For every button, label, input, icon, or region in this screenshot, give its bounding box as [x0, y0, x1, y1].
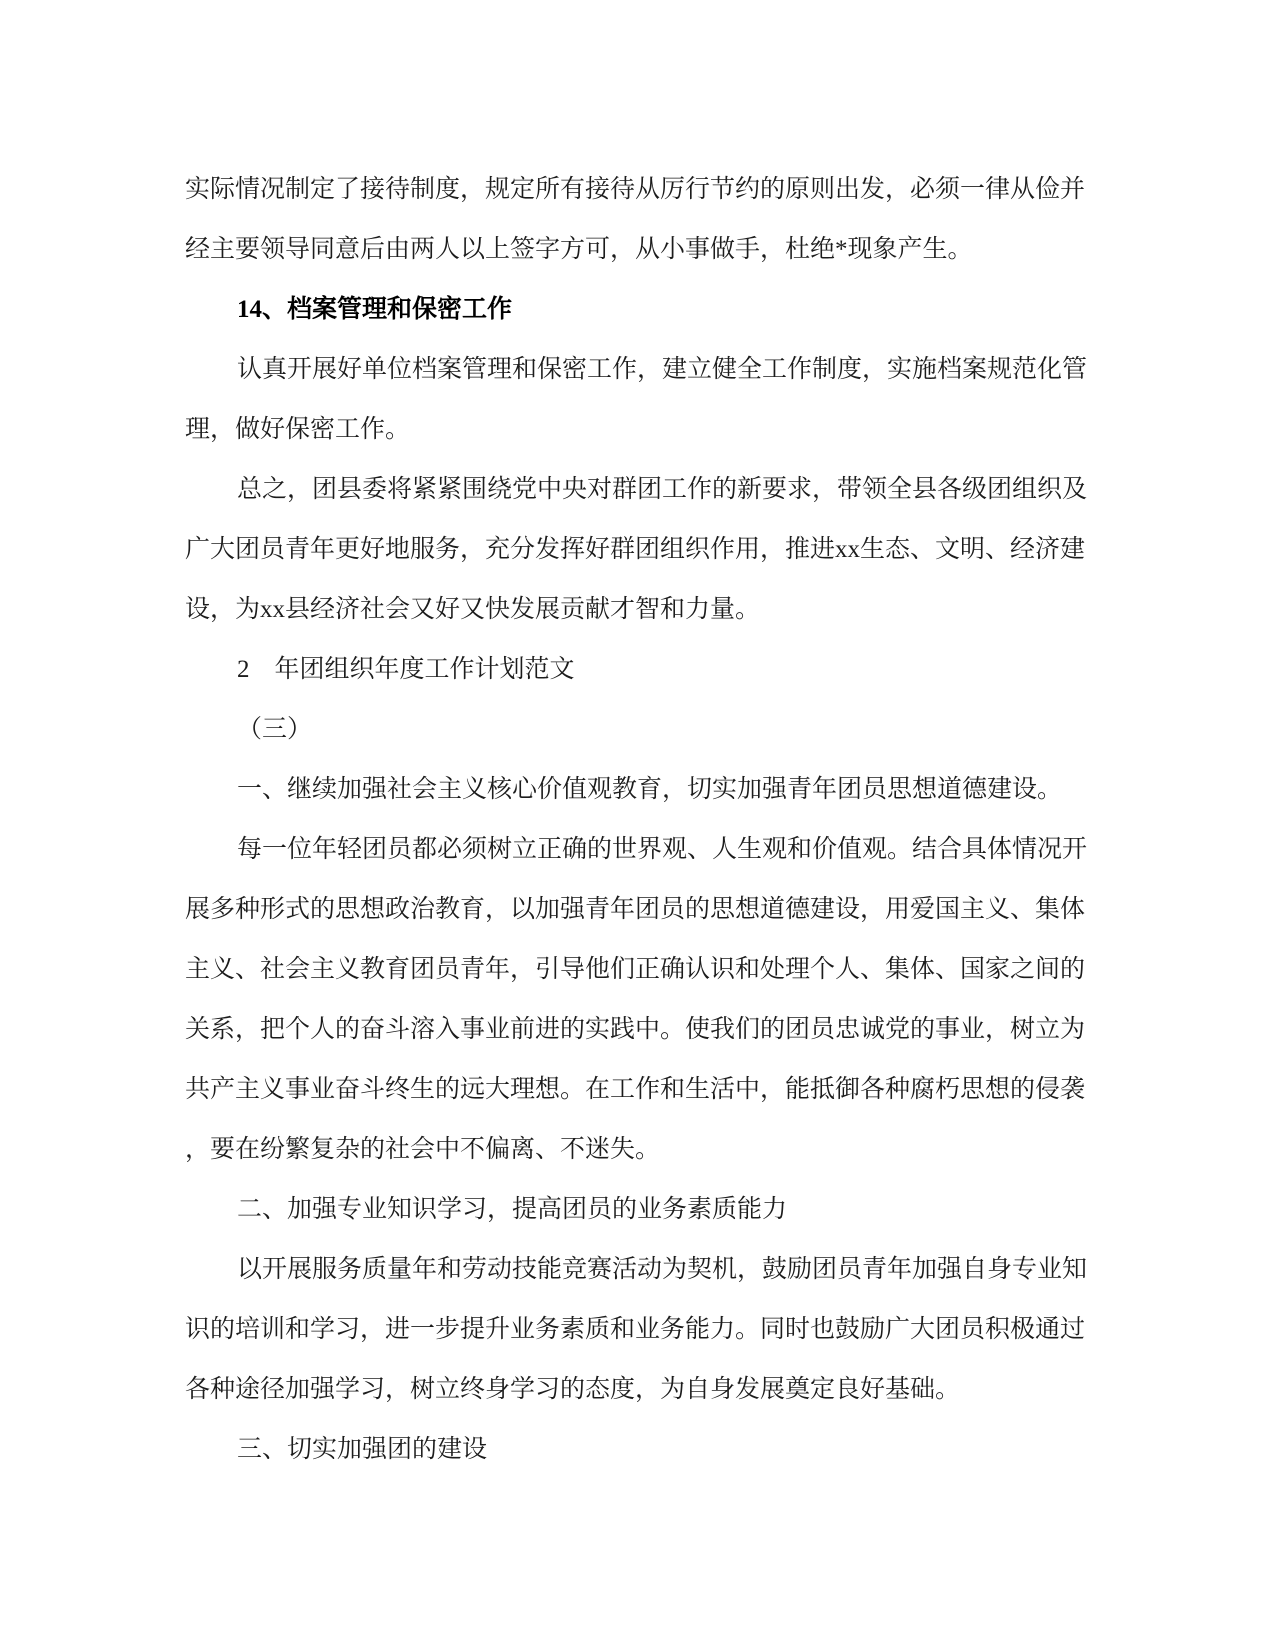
paragraph-line: 设，为xx县经济社会又好又快发展贡献才智和力量。	[185, 580, 1105, 640]
section-heading-line: 一、继续加强社会主义核心价值观教育，切实加强青年团员思想道德建设。	[185, 760, 1105, 820]
paragraph-line: 广大团员青年更好地服务，充分发挥好群团组织作用，推进xx生态、文明、经济建	[185, 520, 1105, 580]
paragraph-line: 展多种形式的思想政治教育，以加强青年团员的思想道德建设，用爱国主义、集体	[185, 880, 1105, 940]
paragraph-line: 主义、社会主义教育团员青年，引导他们正确认识和处理个人、集体、国家之间的	[185, 940, 1105, 1000]
paragraph-line: 共产主义事业奋斗终生的远大理想。在工作和生活中，能抵御各种腐朽思想的侵袭	[185, 1060, 1105, 1120]
document-body: 实际情况制定了接待制度，规定所有接待从厉行节约的原则出发，必须一律从俭并 经主要…	[185, 160, 1105, 1480]
paragraph-line: 实际情况制定了接待制度，规定所有接待从厉行节约的原则出发，必须一律从俭并	[185, 160, 1105, 220]
paragraph-line: 以开展服务质量年和劳动技能竞赛活动为契机，鼓励团员青年加强自身专业知	[185, 1240, 1105, 1300]
paragraph-line: 2 年团组织年度工作计划范文	[185, 640, 1105, 700]
section-label: （三）	[185, 700, 1105, 760]
section-heading: 14、档案管理和保密工作	[185, 280, 1105, 340]
paragraph-line: 理，做好保密工作。	[185, 400, 1105, 460]
paragraph-line: 关系，把个人的奋斗溶入事业前进的实践中。使我们的团员忠诚党的事业，树立为	[185, 1000, 1105, 1060]
paragraph-line: 各种途径加强学习，树立终身学习的态度，为自身发展奠定良好基础。	[185, 1360, 1105, 1420]
paragraph-line: 每一位年轻团员都必须树立正确的世界观、人生观和价值观。结合具体情况开	[185, 820, 1105, 880]
paragraph-line: 认真开展好单位档案管理和保密工作，建立健全工作制度，实施档案规范化管	[185, 340, 1105, 400]
paragraph-line: 经主要领导同意后由两人以上签字方可，从小事做手，杜绝*现象产生。	[185, 220, 1105, 280]
paragraph-line: 识的培训和学习，进一步提升业务素质和业务能力。同时也鼓励广大团员积极通过	[185, 1300, 1105, 1360]
paragraph-line: 总之，团县委将紧紧围绕党中央对群团工作的新要求，带领全县各级团组织及	[185, 460, 1105, 520]
document-page: 实际情况制定了接待制度，规定所有接待从厉行节约的原则出发，必须一律从俭并 经主要…	[0, 0, 1275, 1650]
section-heading-line: 三、切实加强团的建设	[185, 1420, 1105, 1480]
section-heading-line: 二、加强专业知识学习，提高团员的业务素质能力	[185, 1180, 1105, 1240]
paragraph-line: ，要在纷繁复杂的社会中不偏离、不迷失。	[185, 1120, 1105, 1180]
